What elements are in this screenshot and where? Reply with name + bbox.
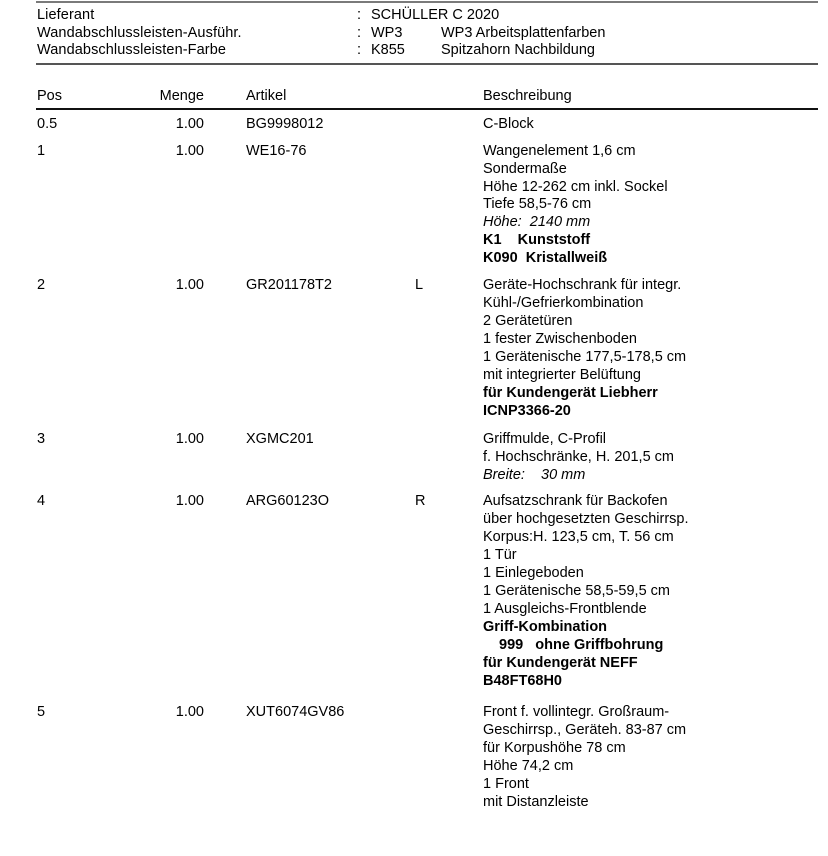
description-line: f. Hochschränke, H. 201,5 cm (483, 448, 674, 466)
description-line: Höhe: 2140 mm (483, 213, 668, 231)
column-header-menge: Menge (140, 87, 204, 105)
description-line: Geräte-Hochschrank für integr. (483, 276, 686, 294)
cell-artikel: WE16-76 (246, 142, 306, 160)
cell-pos: 2 (37, 276, 45, 294)
cell-artikel: ARG60123O (246, 492, 329, 510)
cell-artikel: XUT6074GV86 (246, 703, 344, 721)
description-line: 1 Gerätenische 177,5-178,5 cm (483, 348, 686, 366)
cell-beschreibung: Aufsatzschrank für Backofenüber hochgese… (483, 492, 689, 690)
description-line: für Kundengerät NEFF (483, 654, 689, 672)
description-line: 999 ohne Griffbohrung (483, 636, 689, 654)
cell-menge: 1.00 (140, 492, 204, 510)
header-code: WP3 (371, 25, 402, 43)
description-line: 1 Tür (483, 546, 689, 564)
description-line: 1 Einlegeboden (483, 564, 689, 582)
description-line: 1 Ausgleichs-Frontblende (483, 600, 689, 618)
description-line: für Korpushöhe 78 cm (483, 739, 686, 757)
description-line: für Kundengerät Liebherr (483, 384, 686, 402)
table-header: Pos Menge Artikel Beschreibung (0, 87, 828, 105)
cell-side: R (415, 492, 425, 510)
description-line: Griff-Kombination (483, 618, 689, 636)
cell-beschreibung: Griffmulde, C-Profilf. Hochschränke, H. … (483, 430, 674, 484)
description-line: Aufsatzschrank für Backofen (483, 492, 689, 510)
cell-pos: 5 (37, 703, 45, 721)
header-label: Lieferant (37, 7, 94, 25)
description-line: Geschirrsp., Geräteh. 83-87 cm (483, 721, 686, 739)
header-colon: : (357, 25, 361, 43)
cell-beschreibung: Wangenelement 1,6 cmSondermaßeHöhe 12-26… (483, 142, 668, 267)
header-code: SCHÜLLER C 2020 (371, 7, 499, 25)
description-line: 1 fester Zwischenboden (483, 330, 686, 348)
cell-beschreibung: C-Block (483, 115, 534, 133)
cell-menge: 1.00 (140, 115, 204, 133)
header-colon: : (357, 42, 361, 60)
description-line: Front f. vollintegr. Großraum- (483, 703, 686, 721)
cell-artikel: XGMC201 (246, 430, 314, 448)
description-line: über hochgesetzten Geschirrsp. (483, 510, 689, 528)
cell-menge: 1.00 (140, 430, 204, 448)
header-divider (36, 63, 818, 65)
cell-beschreibung: Geräte-Hochschrank für integr.Kühl-/Gefr… (483, 276, 686, 420)
cell-pos: 0.5 (37, 115, 57, 133)
header-colon: : (357, 7, 361, 25)
table-header-rule (36, 108, 818, 110)
column-header-pos: Pos (37, 87, 62, 105)
description-line: ICNP3366-20 (483, 402, 686, 420)
description-line: 2 Gerätetüren (483, 312, 686, 330)
description-line: mit Distanzleiste (483, 793, 686, 811)
description-line: Griffmulde, C-Profil (483, 430, 674, 448)
header-desc: Spitzahorn Nachbildung (441, 42, 595, 60)
cell-beschreibung: Front f. vollintegr. Großraum-Geschirrsp… (483, 703, 686, 811)
description-line: Höhe 12-262 cm inkl. Sockel (483, 178, 668, 195)
column-header-beschreibung: Beschreibung (483, 87, 572, 105)
header-label: Wandabschlussleisten-Ausführ. (37, 25, 242, 43)
description-line: Tiefe 58,5-76 cm (483, 195, 668, 213)
cell-menge: 1.00 (140, 276, 204, 294)
cell-pos: 3 (37, 430, 45, 448)
description-line: mit integrierter Belüftung (483, 366, 686, 384)
description-line: Sondermaße (483, 160, 668, 178)
description-line: Kühl-/Gefrierkombination (483, 294, 686, 312)
cell-artikel: BG9998012 (246, 115, 323, 133)
description-line: B48FT68H0 (483, 672, 689, 690)
description-line: K090 Kristallweiß (483, 249, 668, 267)
description-line: 1 Gerätenische 58,5-59,5 cm (483, 582, 689, 600)
column-header-artikel: Artikel (246, 87, 286, 105)
description-line: Höhe 74,2 cm (483, 757, 686, 775)
description-line: Breite: 30 mm (483, 466, 674, 484)
cell-pos: 4 (37, 492, 45, 510)
cell-pos: 1 (37, 142, 45, 160)
header-code: K855 (371, 42, 405, 60)
header-label: Wandabschlussleisten-Farbe (37, 42, 226, 60)
description-line: Wangenelement 1,6 cm (483, 142, 668, 160)
cell-menge: 1.00 (140, 703, 204, 721)
cell-menge: 1.00 (140, 142, 204, 160)
description-line: 1 Front (483, 775, 686, 793)
description-line: K1 Kunststoff (483, 231, 668, 249)
cell-artikel: GR201178T2 (246, 276, 332, 294)
cell-side: L (415, 276, 423, 294)
header-desc: WP3 Arbeitsplattenfarben (441, 25, 605, 43)
description-line: C-Block (483, 115, 534, 133)
top-rule (36, 1, 818, 3)
description-line: Korpus:H. 123,5 cm, T. 56 cm (483, 528, 689, 546)
